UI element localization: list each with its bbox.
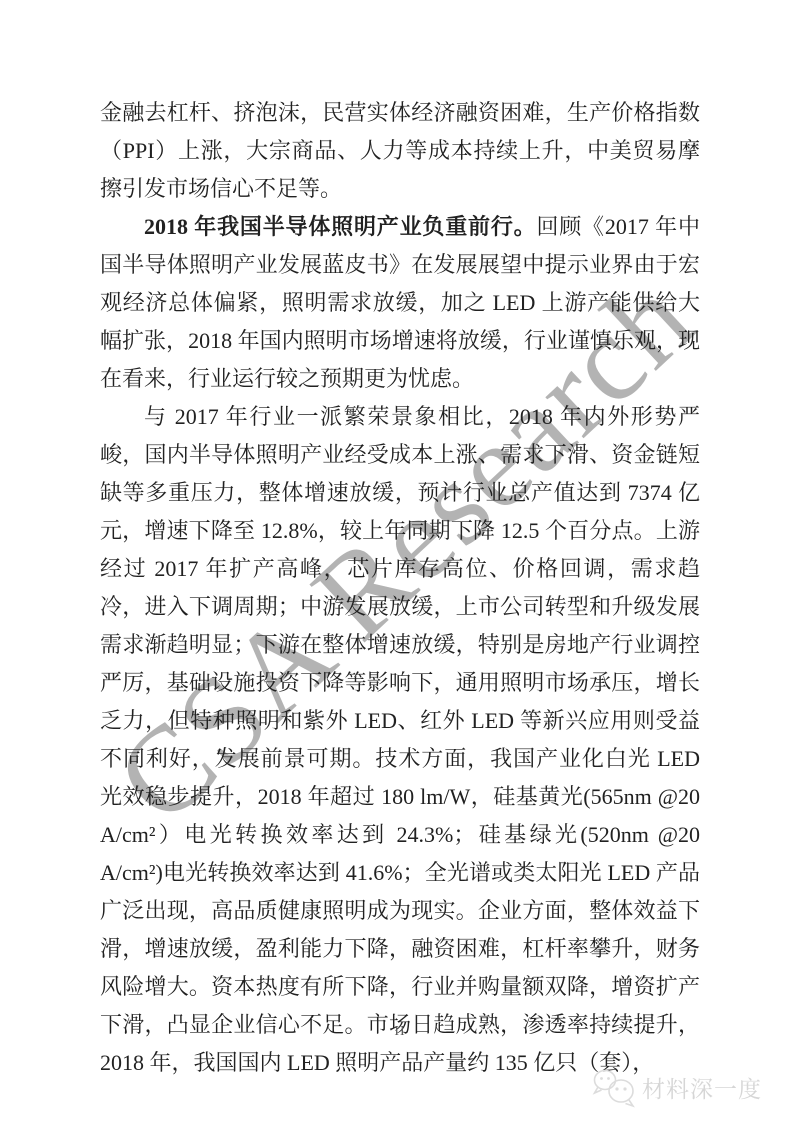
- wechat-icon: [591, 1066, 637, 1108]
- paragraph-1-text: 金融去杠杆、挤泡沫，民营实体经济融资困难，生产价格指数（PPI）上涨，大宗商品、…: [100, 100, 700, 201]
- paragraph-2-bold-lead: 2018 年我国半导体照明产业负重前行。: [144, 214, 536, 239]
- document-page: CSA Research 金融去杠杆、挤泡沫，民营实体经济融资困难，生产价格指数…: [0, 0, 800, 1130]
- brand-logo: 材料深一度: [591, 1066, 762, 1108]
- paragraph-3-text: 与 2017 年行业一派繁荣景象相比，2018 年内外形势严峻，国内半导体照明产…: [100, 404, 700, 1075]
- page-number: II: [0, 1024, 800, 1040]
- paragraph-2-text: 回顾《2017 年中国半导体照明产业发展蓝皮书》在发展展望中提示业界由于宏观经济…: [100, 214, 700, 391]
- brand-name: 材料深一度: [642, 1071, 762, 1104]
- page-content: 金融去杠杆、挤泡沫，民营实体经济融资困难，生产价格指数（PPI）上涨，大宗商品、…: [100, 94, 700, 1082]
- paragraph-continuation: 金融去杠杆、挤泡沫，民营实体经济融资困难，生产价格指数（PPI）上涨，大宗商品、…: [100, 94, 700, 208]
- paragraph-2018-industry: 2018 年我国半导体照明产业负重前行。回顾《2017 年中国半导体照明产业发展…: [100, 208, 700, 398]
- paragraph-industry-detail: 与 2017 年行业一派繁荣景象相比，2018 年内外形势严峻，国内半导体照明产…: [100, 398, 700, 1082]
